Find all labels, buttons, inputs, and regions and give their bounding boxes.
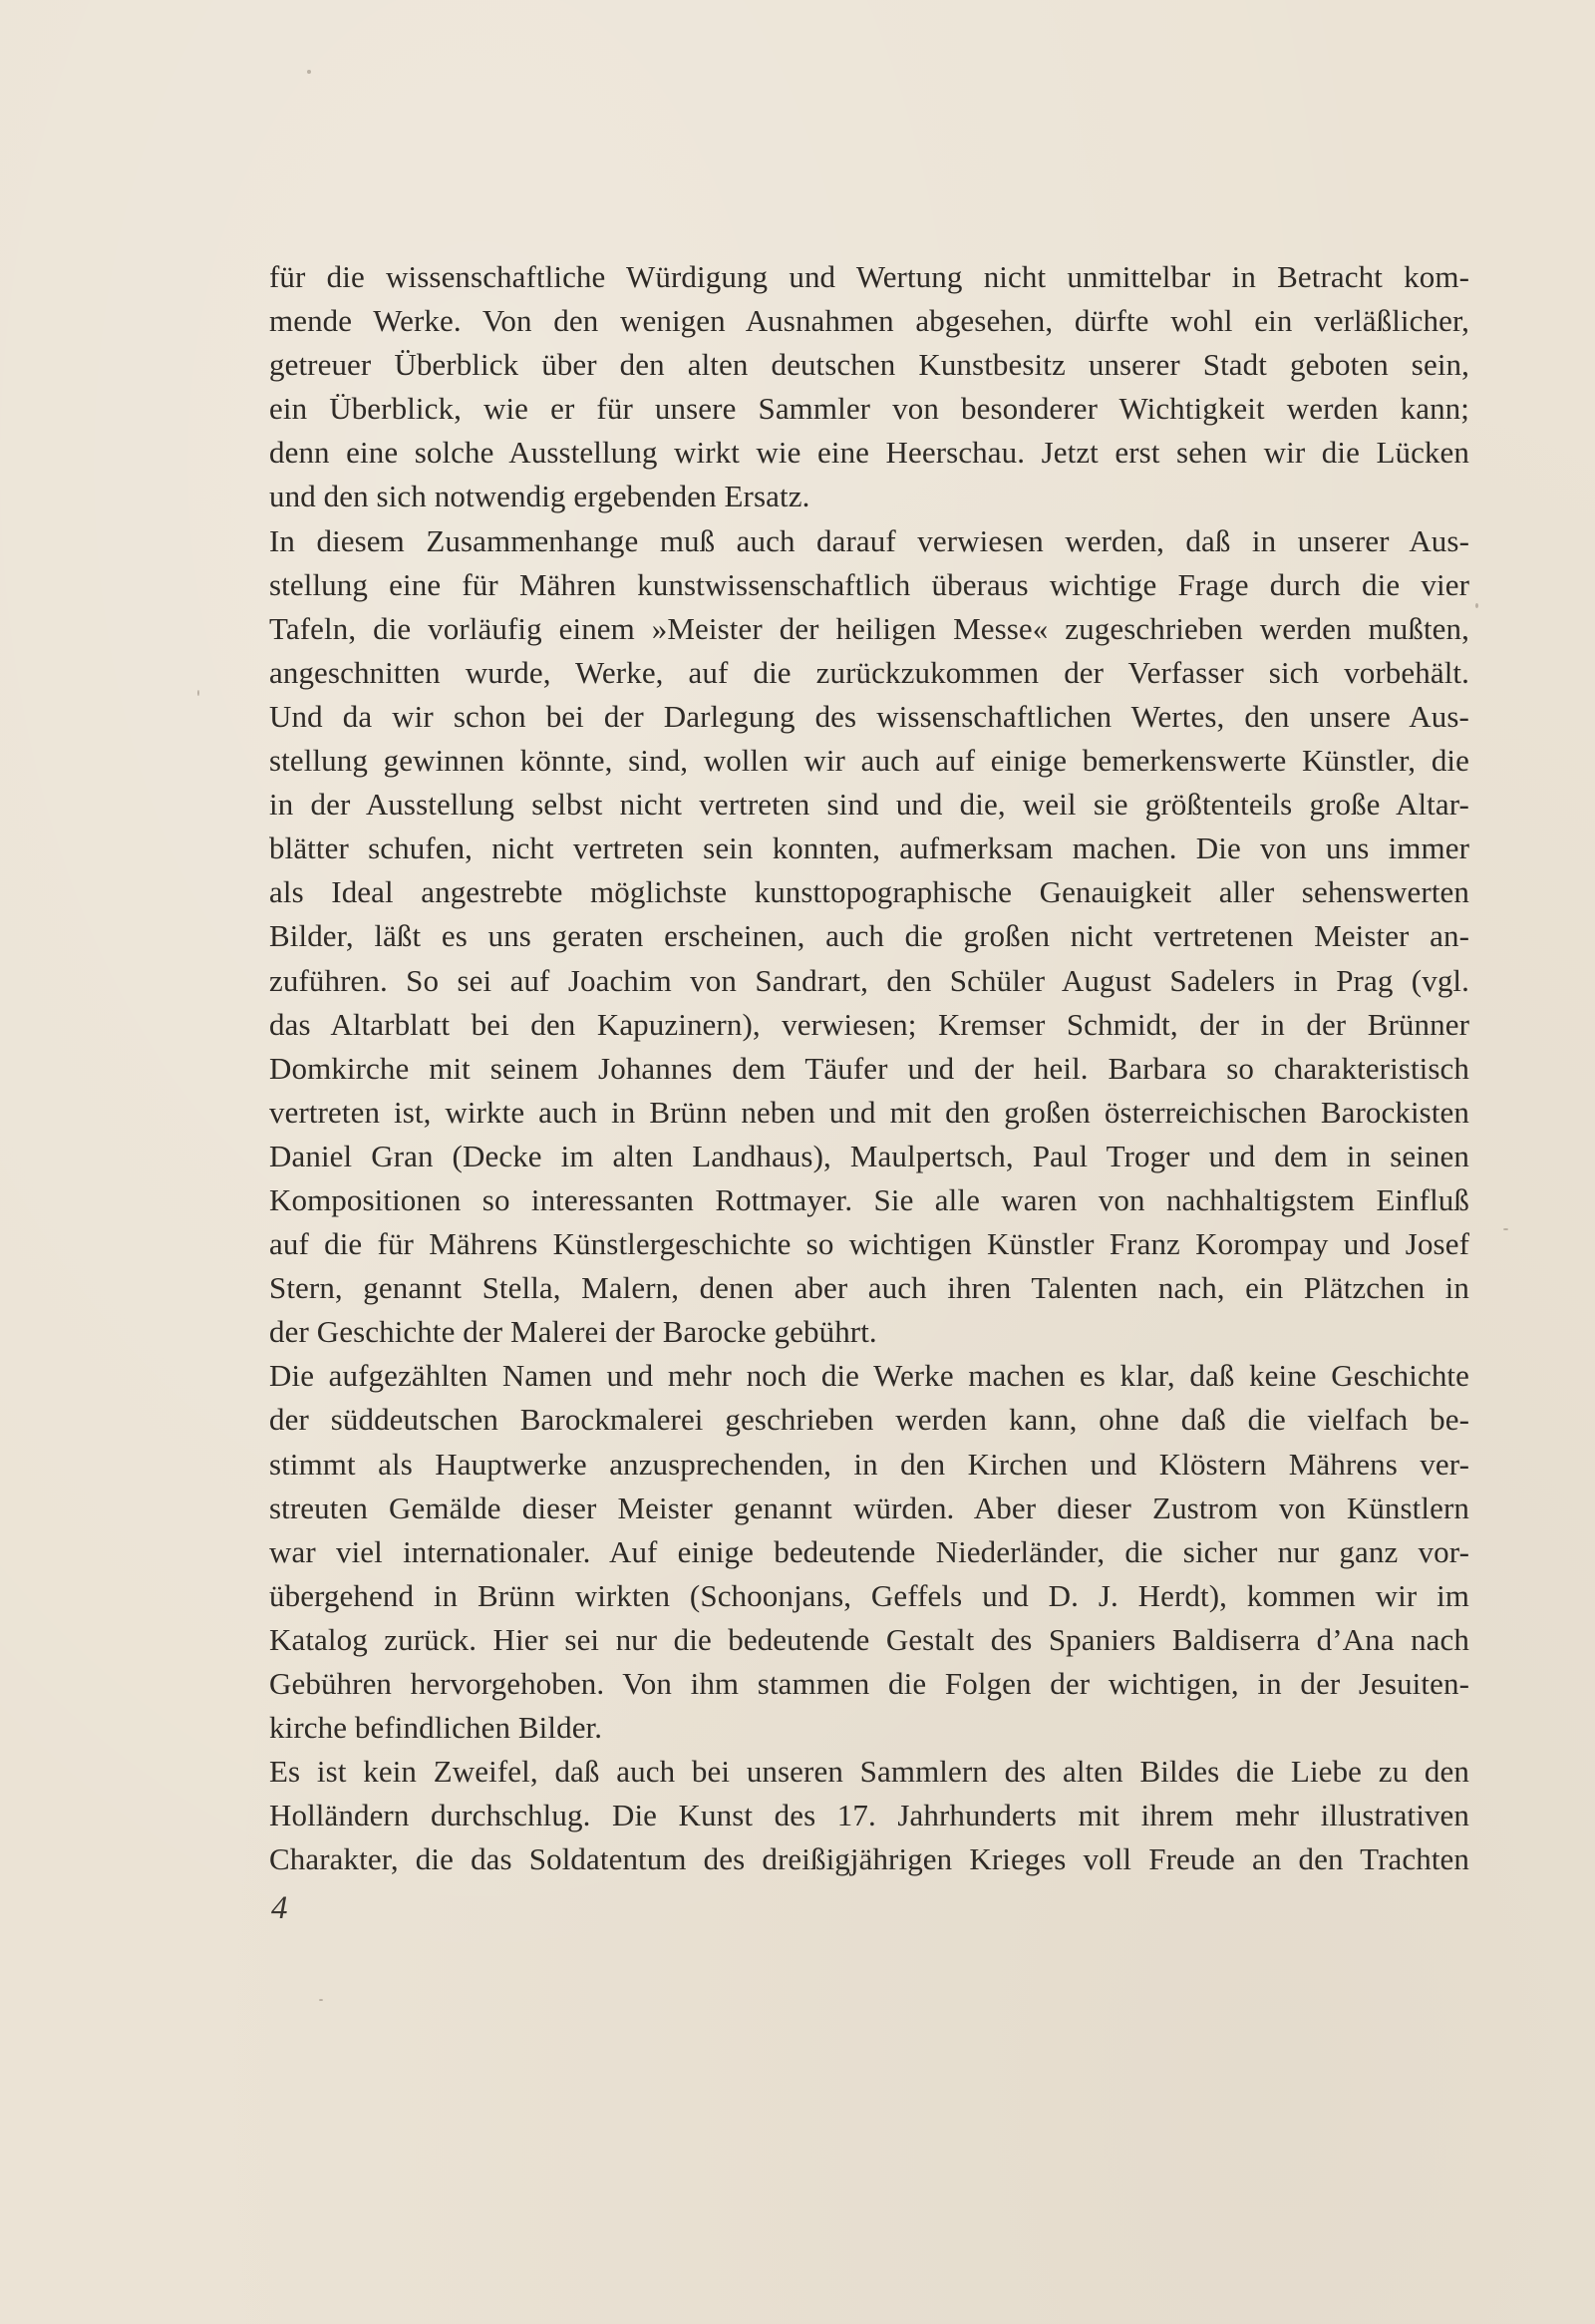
body-text: für die wissenschaftliche Würdigung und … bbox=[269, 255, 1469, 1881]
text-line: vertreten ist, wirkte auch in Brünn nebe… bbox=[269, 1091, 1469, 1135]
text-line: übergehend in Brünn wirkten (Schoonjans,… bbox=[269, 1574, 1469, 1618]
paper-speck bbox=[1503, 1228, 1508, 1230]
text-line: blätter schufen, nicht vertreten sein ko… bbox=[269, 827, 1469, 870]
text-line: zuführen. So sei auf Joachim von Sandrar… bbox=[269, 959, 1469, 1003]
text-line: Stern, genannt Stella, Malern, denen abe… bbox=[269, 1266, 1469, 1310]
text-line: der süddeutschen Barockmalerei geschrieb… bbox=[269, 1398, 1469, 1442]
text-line: Tafeln, die vorläufig einem »Meister der… bbox=[269, 607, 1469, 651]
text-line: Domkirche mit seinem Johannes dem Täufer… bbox=[269, 1047, 1469, 1091]
text-line: Gebühren hervorgehoben. Von ihm stammen … bbox=[269, 1662, 1469, 1706]
text-line: als Ideal angestrebte möglichste kunstto… bbox=[269, 870, 1469, 914]
text-line: war viel internationaler. Auf einige bed… bbox=[269, 1530, 1469, 1574]
paper-speck bbox=[319, 1999, 323, 2001]
text-line: getreuer Überblick über den alten deutsc… bbox=[269, 343, 1469, 387]
text-line: kirche befindlichen Bilder. bbox=[269, 1706, 1469, 1750]
text-line: stimmt als Hauptwerke anzusprechenden, i… bbox=[269, 1443, 1469, 1487]
text-line: der Geschichte der Malerei der Barocke g… bbox=[269, 1310, 1469, 1354]
text-line: und den sich notwendig ergebenden Ersatz… bbox=[269, 475, 1469, 518]
paragraph: In diesem Zusammenhange muß auch darauf … bbox=[269, 519, 1469, 1355]
text-line: Die aufgezählten Namen und mehr noch die… bbox=[269, 1354, 1469, 1398]
paper-speck bbox=[197, 690, 199, 696]
page-number: 4 bbox=[271, 1890, 288, 1927]
text-line: Holländern durchschlug. Die Kunst des 17… bbox=[269, 1794, 1469, 1837]
text-line: Daniel Gran (Decke im alten Landhaus), M… bbox=[269, 1135, 1469, 1178]
text-line: stellung eine für Mähren kunstwissenscha… bbox=[269, 563, 1469, 607]
text-line: in der Ausstellung selbst nicht vertrete… bbox=[269, 783, 1469, 827]
text-line: Es ist kein Zweifel, daß auch bei unsere… bbox=[269, 1750, 1469, 1794]
text-line: Katalog zurück. Hier sei nur die bedeute… bbox=[269, 1618, 1469, 1662]
text-line: für die wissenschaftliche Würdigung und … bbox=[269, 255, 1469, 299]
text-line: In diesem Zusammenhange muß auch darauf … bbox=[269, 519, 1469, 563]
paragraph: Es ist kein Zweifel, daß auch bei unsere… bbox=[269, 1750, 1469, 1881]
paragraph: für die wissenschaftliche Würdigung und … bbox=[269, 255, 1469, 519]
text-line: angeschnitten wurde, Werke, auf die zurü… bbox=[269, 651, 1469, 695]
text-line: auf die für Mährens Künstlergeschichte s… bbox=[269, 1222, 1469, 1266]
paper-speck bbox=[1475, 603, 1478, 608]
text-line: denn eine solche Ausstellung wirkt wie e… bbox=[269, 431, 1469, 475]
paper-speck bbox=[307, 70, 311, 74]
text-line: Charakter, die das Soldatentum des dreiß… bbox=[269, 1837, 1469, 1881]
text-line: Und da wir schon bei der Darlegung des w… bbox=[269, 695, 1469, 739]
text-line: mende Werke. Von den wenigen Ausnahmen a… bbox=[269, 299, 1469, 343]
text-line: streuten Gemälde dieser Meister genannt … bbox=[269, 1487, 1469, 1530]
text-line: das Altarblatt bei den Kapuzinern), verw… bbox=[269, 1003, 1469, 1047]
text-line: ein Überblick, wie er für unsere Sammler… bbox=[269, 387, 1469, 431]
text-line: Kompositionen so interessanten Rottmayer… bbox=[269, 1178, 1469, 1222]
paragraph: Die aufgezählten Namen und mehr noch die… bbox=[269, 1354, 1469, 1750]
text-line: stellung gewinnen könnte, sind, wollen w… bbox=[269, 739, 1469, 783]
text-line: Bilder, läßt es uns geraten erscheinen, … bbox=[269, 914, 1469, 958]
